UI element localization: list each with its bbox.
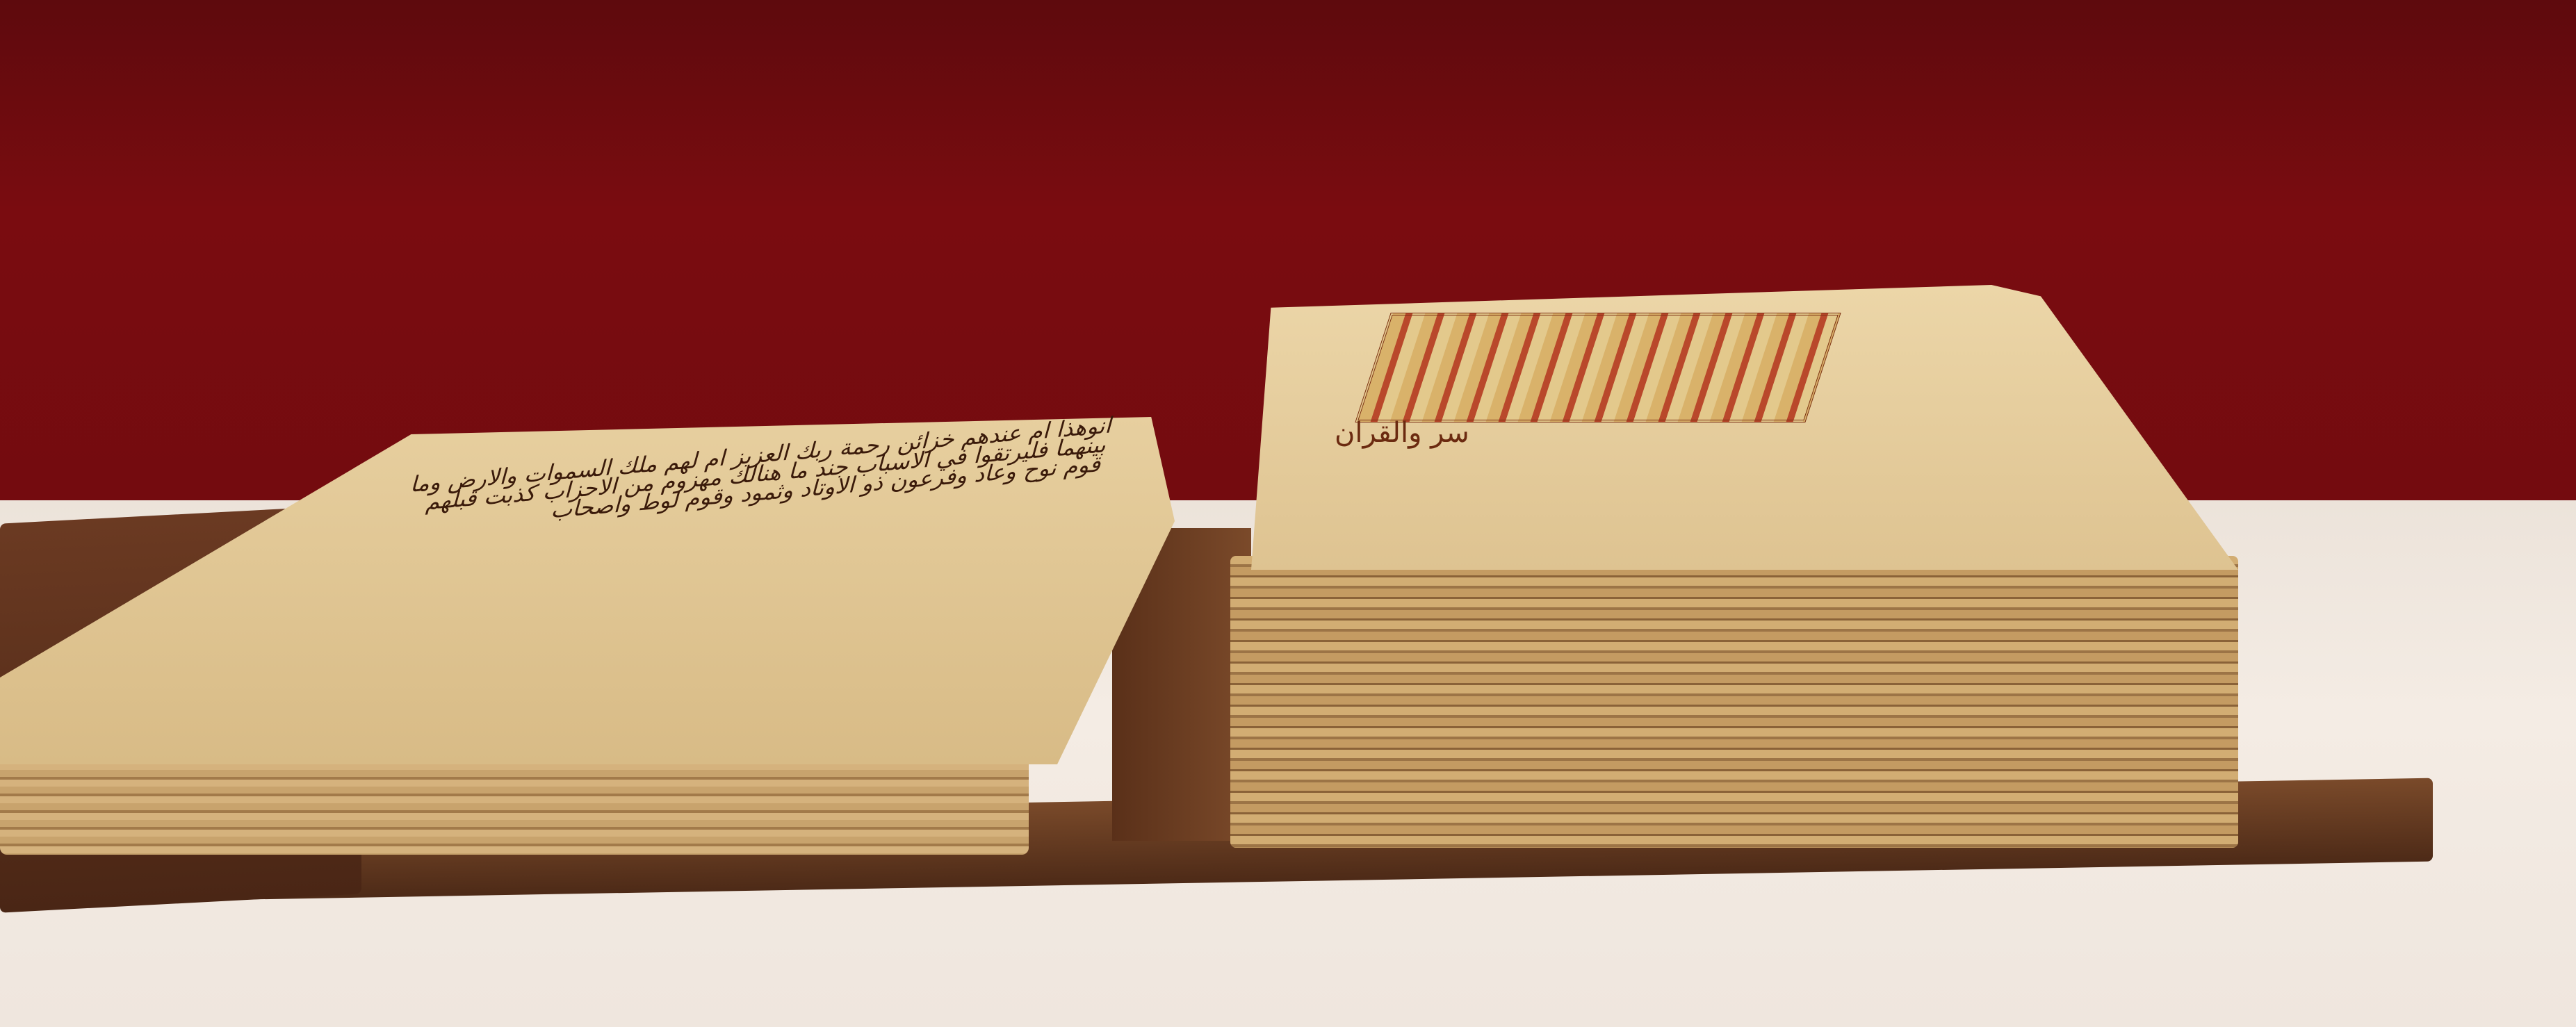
surah-caption: سر والقران <box>1335 417 1469 449</box>
right-page-stack <box>1230 556 2238 848</box>
illuminated-headpiece <box>1355 313 1841 422</box>
